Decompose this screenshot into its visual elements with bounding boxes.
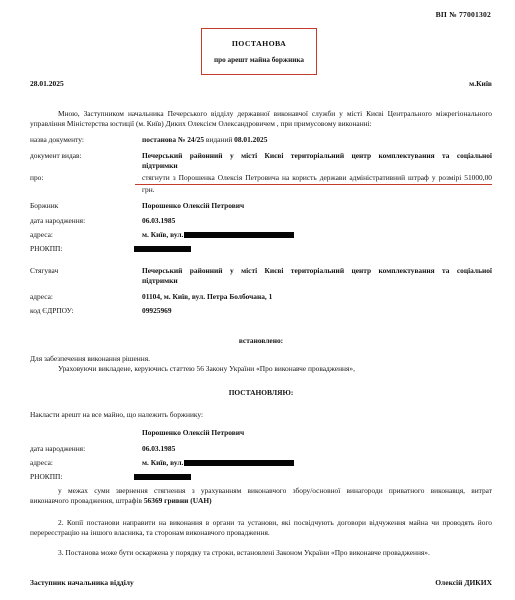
item2-line-2: перереєстрацію на іншого власника, та ст… xyxy=(30,528,270,537)
document-body: Мною, Заступником начальника Печерського… xyxy=(30,109,492,558)
row-debtor-rnokpp: РНОКПП: xyxy=(30,244,492,254)
about-line-2: грн. xyxy=(142,185,155,194)
intro-line-1: Мною, Заступником начальника Печерського… xyxy=(30,109,492,119)
collector-name-line-2: підтримки xyxy=(142,276,178,285)
resolution-address-value: м. Київ, вул. xyxy=(142,458,492,468)
established-line-2: Ураховуючи викладене, керуючись статтею … xyxy=(30,364,492,374)
redaction-bar xyxy=(184,460,294,466)
item2-line-1: 2. Копії постанови направити на виконанн… xyxy=(30,518,492,528)
document-date: 28.01.2025 xyxy=(30,79,64,88)
collector-edrpou-value: 09925969 xyxy=(142,306,492,316)
resolution-rnokpp-label: РНОКПП: xyxy=(30,472,142,482)
signatory-name: Олексій ДИКИХ xyxy=(435,578,492,587)
intro-line-2: управління Міністерства юстиції (м. Київ… xyxy=(30,119,372,128)
row-about: про: стягнути з Порошенка Олексія Петров… xyxy=(30,173,492,195)
resolution-dob-label: дата народження: xyxy=(30,444,142,454)
established-line-1: Для забезпечення виконання рішення. xyxy=(30,354,492,364)
row-resolution-dob: дата народження: 06.03.1985 xyxy=(30,444,492,454)
row-debtor-address: адреса: м. Київ, вул. xyxy=(30,230,492,240)
issue-date: 08.01.2025 xyxy=(234,135,267,144)
row-collector: Стягувач Печерський районний у місті Киє… xyxy=(30,266,492,286)
limit-line-2-plain: виконавчого провадження, штрафів xyxy=(30,496,142,505)
document-name-value: постанова № 24/25 виданий 08.01.2025 xyxy=(142,135,492,145)
document-title: ПОСТАНОВА xyxy=(202,39,316,48)
debtor-address-value: м. Київ, вул. xyxy=(142,230,492,240)
limit-amount: 56369 гривни (UAH) xyxy=(144,496,212,505)
limit-paragraph: у межах суми звернення стягнення з ураху… xyxy=(30,486,492,506)
collector-name: Печерський районний у місті Києві терито… xyxy=(142,266,492,286)
document-city: м.Київ xyxy=(469,79,492,88)
document-subtitle: про арешт майна боржника xyxy=(202,56,316,64)
collector-edrpou-label: код ЄДРПОУ: xyxy=(30,306,142,316)
row-resolution-debtor: Порошенко Олексій Петрович xyxy=(30,428,492,438)
debtor-name: Порошенко Олексій Петрович xyxy=(142,201,492,211)
limit-line-1: у межах суми звернення стягнення з ураху… xyxy=(30,486,492,496)
resolution-debtor-name: Порошенко Олексій Петрович xyxy=(142,428,492,438)
resolution-item2: 2. Копії постанови направити на виконанн… xyxy=(30,518,492,538)
document-issuer-value: Печерський районний у місті Києві терито… xyxy=(142,151,492,171)
redaction-bar xyxy=(134,246,191,252)
about-value: стягнути з Порошенка Олексія Петровича н… xyxy=(142,173,492,195)
spacer xyxy=(30,428,142,438)
resolution-address-label: адреса: xyxy=(30,458,142,468)
document-number: постанова № 24/25 xyxy=(142,135,204,144)
collector-name-line-1: Печерський районний у місті Києві терито… xyxy=(142,266,492,276)
row-collector-edrpou: код ЄДРПОУ: 09925969 xyxy=(30,306,492,316)
issuer-line-2: підтримки xyxy=(142,161,178,170)
row-document-name: назва документу: постанова № 24/25 видан… xyxy=(30,135,492,145)
signatory-position: Заступник начальника відділу xyxy=(30,578,134,587)
debtor-dob-label: дата народження: xyxy=(30,216,142,226)
document-issuer-label: документ видав: xyxy=(30,151,142,171)
intro-paragraph: Мною, Заступником начальника Печерського… xyxy=(30,109,492,129)
document-name-label: назва документу: xyxy=(30,135,142,145)
resolution-rnokpp-value xyxy=(142,472,492,482)
resolution-item1-intro: Накласти арешт на все майно, що належить… xyxy=(30,410,492,420)
debtor-label: Боржник xyxy=(30,201,142,211)
issued-word: виданий xyxy=(206,135,232,144)
row-debtor-dob: дата народження: 06.03.1985 xyxy=(30,216,492,226)
row-debtor: Боржник Порошенко Олексій Петрович xyxy=(30,201,492,211)
debtor-dob-value: 06.03.1985 xyxy=(142,216,492,226)
date-city-row: 28.01.2025 м.Київ xyxy=(30,79,492,88)
debtor-rnokpp-value xyxy=(142,244,492,254)
issuer-line-1: Печерський районний у місті Києві терито… xyxy=(142,151,492,161)
debtor-rnokpp-label: РНОКПП: xyxy=(30,244,142,254)
row-document-issuer: документ видав: Печерський районний у мі… xyxy=(30,151,492,171)
established-heading: встановлено: xyxy=(30,336,492,346)
row-resolution-rnokpp: РНОКПП: xyxy=(30,472,492,482)
case-ref-number: ВП № 77001302 xyxy=(436,10,491,19)
row-resolution-address: адреса: м. Київ, вул. xyxy=(30,458,492,468)
resolution-dob-value: 06.03.1985 xyxy=(142,444,492,454)
signature-row: Заступник начальника відділу Олексій ДИК… xyxy=(30,578,492,587)
document-page: ВП № 77001302 ПОСТАНОВА про арешт майна … xyxy=(0,0,515,600)
about-label: про: xyxy=(30,173,142,195)
collector-address-label: адреса: xyxy=(30,292,142,302)
title-box: ПОСТАНОВА про арешт майна боржника xyxy=(201,28,317,75)
row-collector-address: адреса: 01104, м. Київ, вул. Петра Болбо… xyxy=(30,292,492,302)
redaction-bar xyxy=(184,232,294,238)
resolution-item3: 3. Постанова може бути оскаржена у поряд… xyxy=(30,548,492,558)
redaction-bar xyxy=(134,474,191,480)
resolution-address-visible: м. Київ, вул. xyxy=(142,458,183,467)
resolution-heading: ПОСТАНОВЛЯЮ: xyxy=(30,388,492,398)
debtor-address-label: адреса: xyxy=(30,230,142,240)
collector-address-value: 01104, м. Київ, вул. Петра Болбочана, 1 xyxy=(142,292,492,302)
collector-label: Стягувач xyxy=(30,266,142,286)
about-line-1-underlined: стягнути з Порошенка Олексія Петровича н… xyxy=(135,173,492,185)
debtor-address-visible: м. Київ, вул. xyxy=(142,230,183,239)
